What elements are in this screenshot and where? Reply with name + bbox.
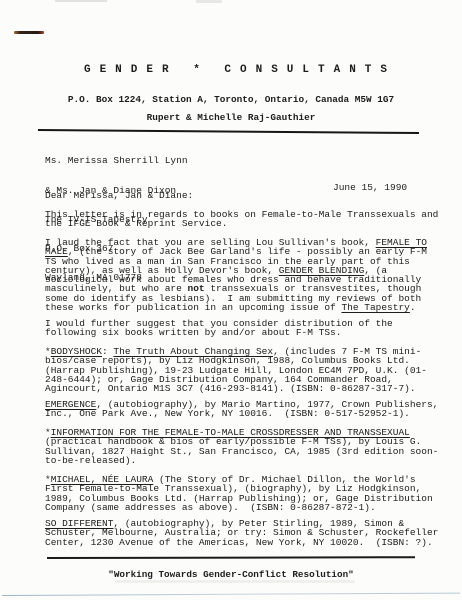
letterhead-divider-rule bbox=[38, 129, 419, 134]
text-segment: Agincourt, Ontario M1S 3C7 (416-293-8141… bbox=[45, 383, 416, 394]
book-entry-so-different: SO DIFFERENT, (autobiography), by Peter … bbox=[45, 519, 438, 547]
paragraph-suggest-distribution: I would further suggest that you conside… bbox=[45, 319, 393, 338]
footer-slogan: "Working Towards Gender-Conflict Resolut… bbox=[0, 569, 462, 580]
letterhead-address: P.O. Box 1224, Station A, Toronto, Ontar… bbox=[0, 94, 462, 105]
text-line: the IFGE Book & Reprint Service. bbox=[45, 219, 438, 228]
scan-mark-dash bbox=[14, 31, 44, 34]
text-segment: the IFGE Book & Reprint Service. bbox=[45, 218, 227, 229]
book-entry-michael-nee-laura: *MICHAEL, NÉE LAURA (The Story of Dr. Mi… bbox=[45, 475, 433, 512]
letterhead-proprietors: Rupert & Michelle Raj-Gauthier bbox=[0, 112, 462, 123]
text-segment: Inc., One Park Ave., New York, NY 10016.… bbox=[45, 408, 410, 419]
text-segment: Center, 1230 Avenue of the Americas, New… bbox=[45, 537, 433, 548]
text-line: following six books written by and/or ab… bbox=[45, 328, 393, 337]
scanned-letter-page: GENDER * CONSULTANTS P.O. Box 1224, Stat… bbox=[0, 0, 462, 600]
text-segment: . bbox=[410, 302, 416, 313]
text-line: Inc., One Park Ave., New York, NY 10016.… bbox=[45, 409, 438, 418]
letter-date: June 15, 1990 bbox=[333, 183, 407, 192]
letterhead-company-name: GENDER * CONSULTANTS bbox=[0, 64, 462, 76]
scan-smudge bbox=[196, 0, 222, 3]
text-line: these works for publication in an upcomi… bbox=[45, 303, 427, 312]
text-line: Agincourt, Ontario M1S 3C7 (416-293-8141… bbox=[45, 384, 427, 393]
text-segment: to-be-released). bbox=[45, 455, 136, 466]
paragraph-laud-books: I laud the fact that you are selling Lou… bbox=[45, 238, 427, 312]
footer-divider-rule bbox=[47, 556, 415, 559]
book-entry-information: *INFORMATION FOR THE FEMALE-TO-MALE CROS… bbox=[45, 428, 438, 465]
text-line: Center, 1230 Avenue of the Americas, New… bbox=[45, 538, 438, 547]
paragraph-intro: This letter is in regards to books on Fe… bbox=[45, 210, 438, 229]
text-segment: these works for publication in an upcomi… bbox=[45, 302, 341, 313]
text-segment: Company (same addresses as above). (ISBN… bbox=[45, 502, 376, 513]
text-segment: following six books written by and/or ab… bbox=[45, 327, 341, 338]
text-line: Company (same addresses as above). (ISBN… bbox=[45, 503, 433, 512]
scan-smudge bbox=[55, 0, 107, 2]
book-entry-bodyshock: *BODYSHOCK: The Truth About Changing Sex… bbox=[45, 347, 427, 393]
salutation: Dear Merissa, Jan & Diane: bbox=[45, 191, 193, 200]
scan-edge-line bbox=[2, 593, 460, 597]
underlined-text: The Tapestry bbox=[341, 302, 409, 313]
recipient-line: Ms. Merissa Sherrill Lynn bbox=[45, 156, 188, 166]
book-entry-emergence: EMERGENCE, (autobiography), by Mario Mar… bbox=[45, 400, 438, 419]
text-line: to-be-released). bbox=[45, 456, 438, 465]
scan-ghost-band bbox=[115, 580, 355, 583]
